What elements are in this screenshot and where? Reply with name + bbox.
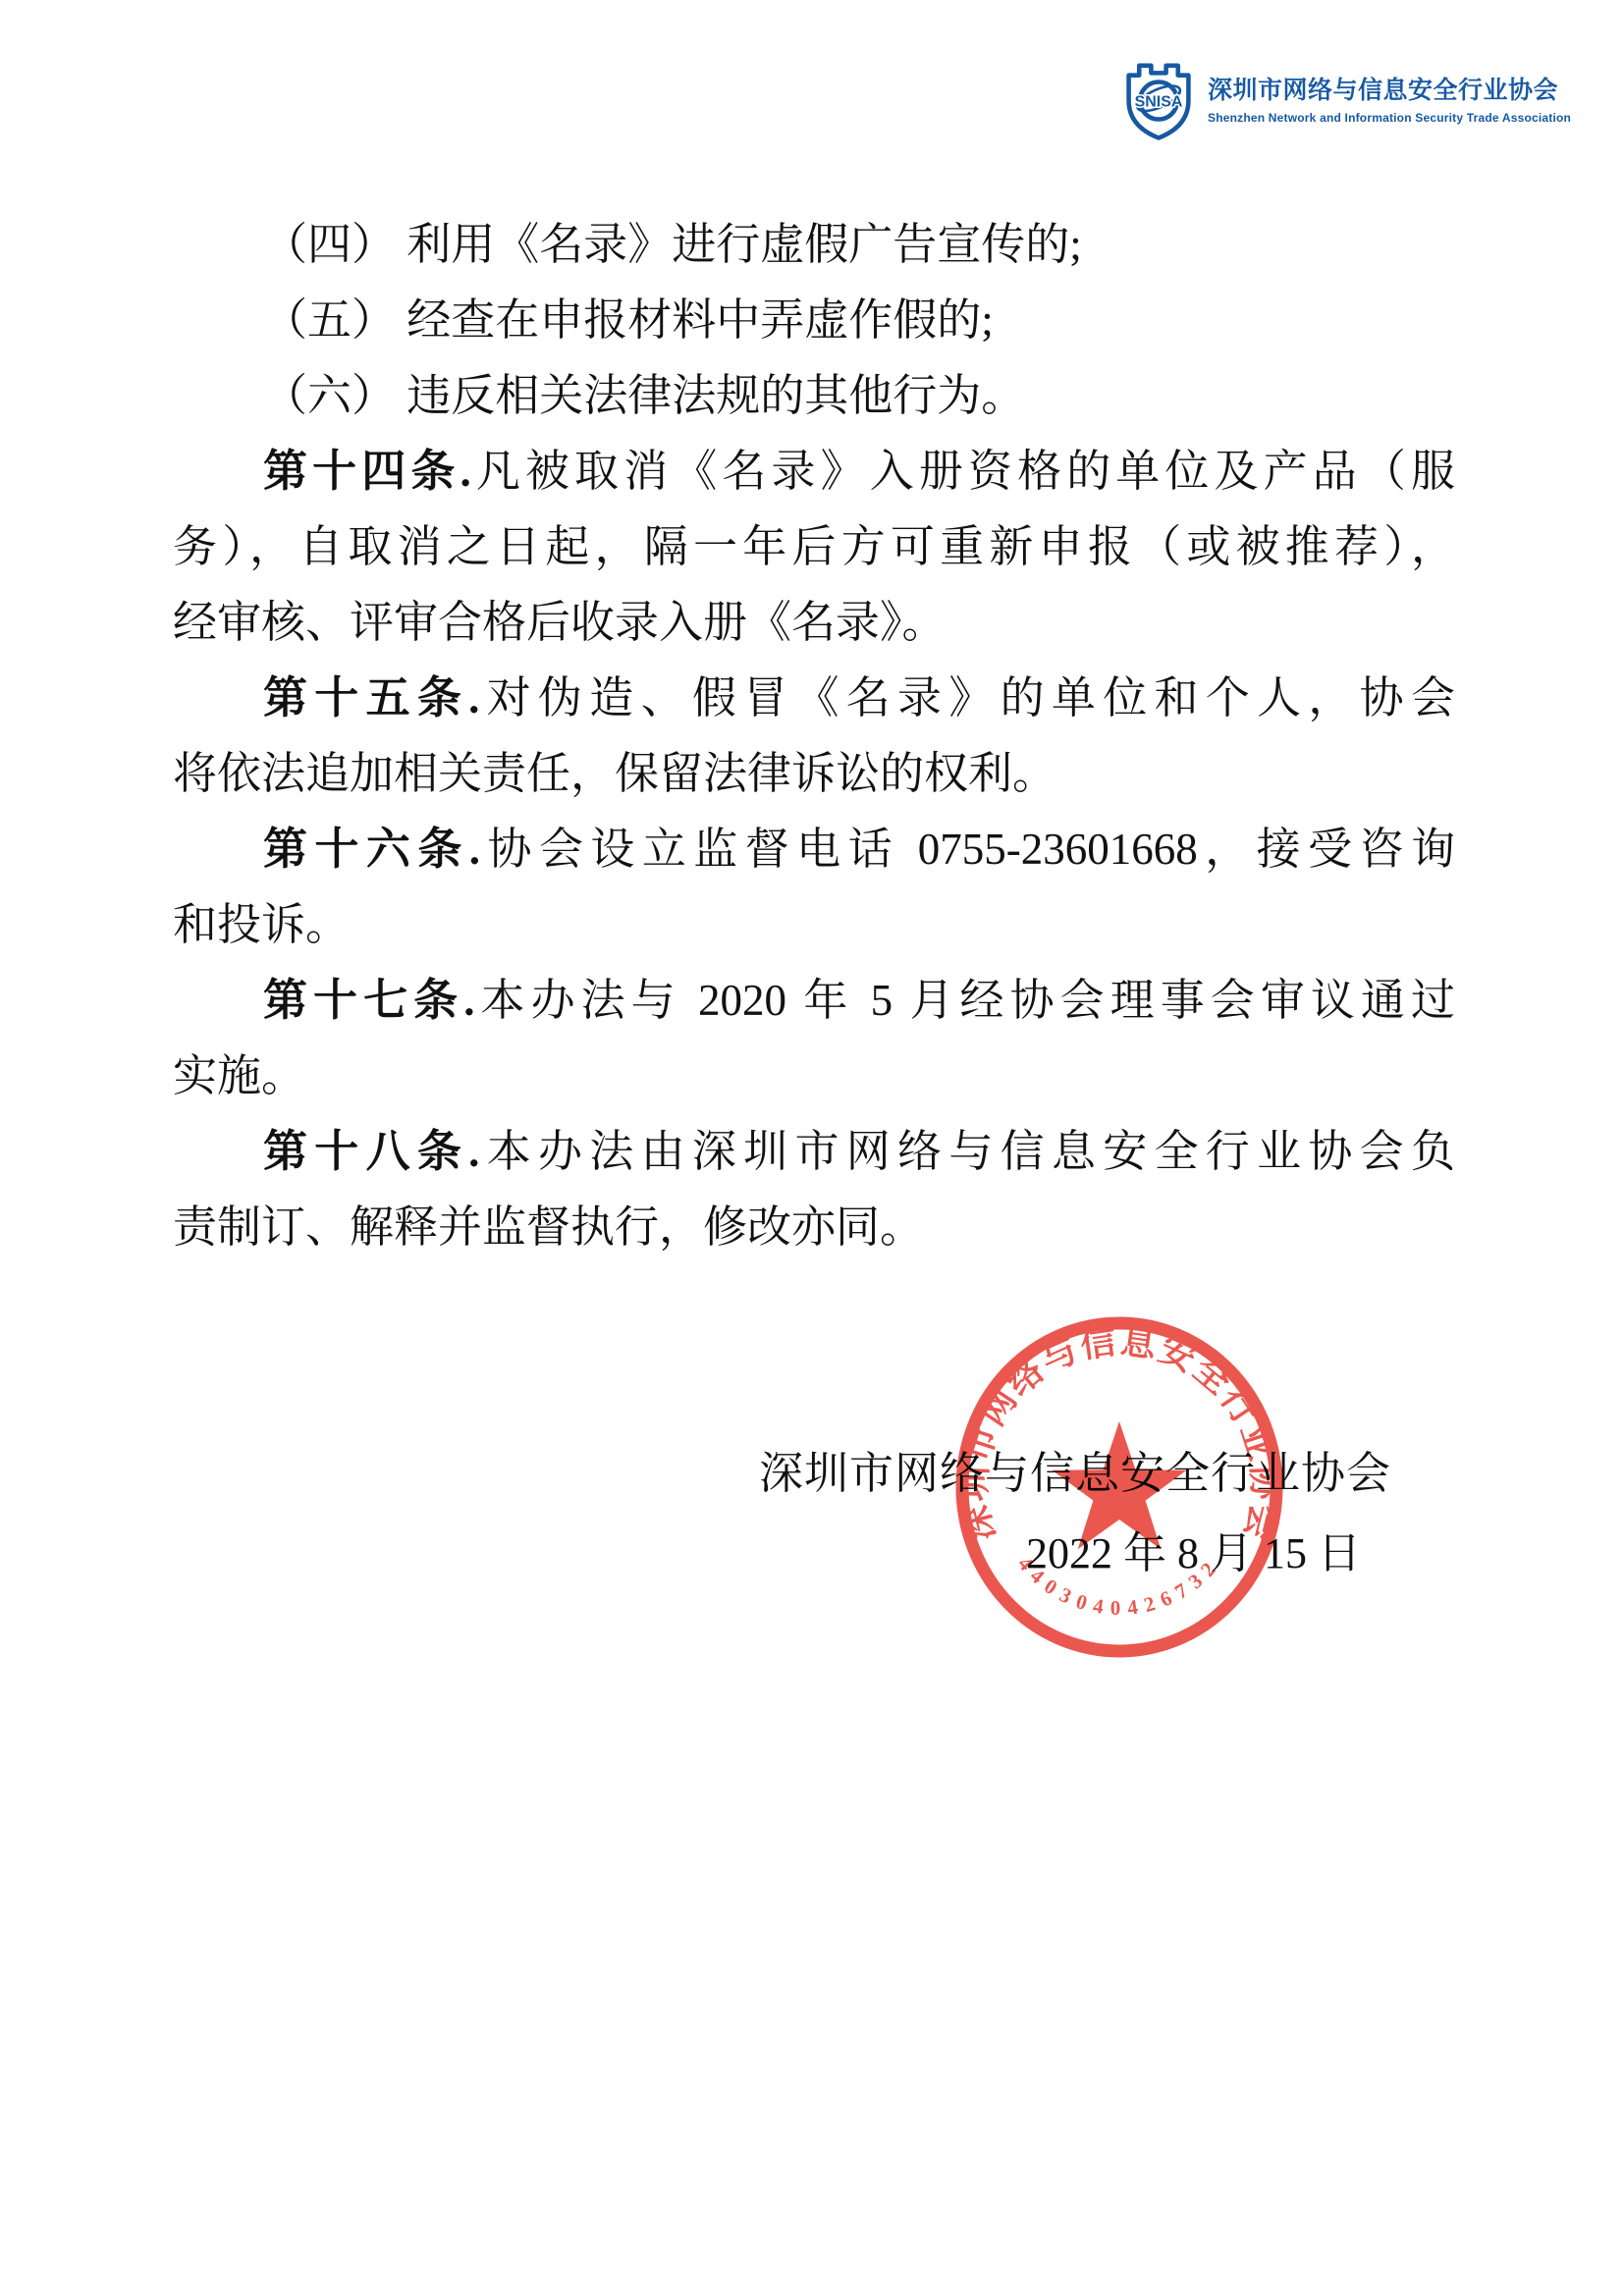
body-line: 第十六条.协会设立监督电话 0755-23601668，接受咨询 bbox=[173, 812, 1455, 887]
snisa-shield-icon: SNISA bbox=[1121, 57, 1196, 141]
body-line: （四） 利用《名录》进行虚假广告宣传的; bbox=[173, 207, 1455, 283]
line-text: 本办法由深圳市网络与信息安全行业协会负 bbox=[479, 1127, 1455, 1176]
line-text: 实施。 bbox=[173, 1051, 305, 1100]
body-line: 务），自取消之日起，隔一年后方可重新申报（或被推荐）， bbox=[173, 509, 1455, 585]
line-text: （六） 违反相关法律法规的其他行为。 bbox=[263, 371, 1025, 420]
article-number: 第十六条. bbox=[263, 825, 480, 874]
svg-text:深圳市网络与信息安全行业协会: 深圳市网络与信息安全行业协会 bbox=[953, 1321, 1284, 1546]
body-line: 第十八条.本办法由深圳市网络与信息安全行业协会负 bbox=[173, 1114, 1455, 1190]
body-line: 第十四条.凡被取消《名录》入册资格的单位及产品（服 bbox=[173, 434, 1455, 509]
article-number: 第十七条. bbox=[263, 976, 474, 1025]
body-line: 第十五条.对伪造、假冒《名录》的单位和个人，协会 bbox=[173, 661, 1455, 736]
body-line: 责制订、解释并监督执行，修改亦同。 bbox=[173, 1190, 1455, 1265]
body-line: 将依法追加相关责任，保留法律诉讼的权利。 bbox=[173, 736, 1455, 812]
article-number: 第十四条. bbox=[263, 447, 471, 496]
line-text: 和投诉。 bbox=[173, 900, 350, 949]
article-number: 第十五条. bbox=[263, 673, 479, 722]
line-text: （四） 利用《名录》进行虚假广告宣传的; bbox=[263, 220, 1082, 269]
signature-date: 2022 年 8 月 15 日 bbox=[1026, 1518, 1361, 1580]
body-line: （五） 经查在申报材料中弄虚作假的; bbox=[173, 283, 1455, 358]
line-text: （五） 经查在申报材料中弄虚作假的; bbox=[263, 295, 994, 345]
article-number: 第十八条. bbox=[263, 1127, 479, 1176]
line-text: 务），自取消之日起，隔一年后方可重新申报（或被推荐）， bbox=[173, 522, 1455, 571]
body-line: 和投诉。 bbox=[173, 887, 1455, 963]
body-line: 实施。 bbox=[173, 1039, 1455, 1114]
line-text: 凡被取消《名录》入册资格的单位及产品（服 bbox=[471, 447, 1455, 496]
document-page: SNISA 深圳市网络与信息安全行业协会 Shenzhen Network an… bbox=[0, 0, 1624, 2296]
body-line: 第十七条.本办法与 2020 年 5 月经协会理事会审议通过 bbox=[173, 963, 1455, 1039]
org-name-cn: 深圳市网络与信息安全行业协会 bbox=[1208, 74, 1571, 107]
line-text: 将依法追加相关责任，保留法律诉讼的权利。 bbox=[173, 749, 1056, 798]
seal-ring-text: 深圳市网络与信息安全行业协会 bbox=[953, 1321, 1284, 1546]
org-names: 深圳市网络与信息安全行业协会 Shenzhen Network and Info… bbox=[1208, 74, 1571, 126]
document-body: （四） 利用《名录》进行虚假广告宣传的; （五） 经查在申报材料中弄虚作假的; … bbox=[173, 207, 1455, 1265]
signature-org: 深圳市网络与信息安全行业协会 bbox=[759, 1437, 1391, 1501]
org-logo: SNISA 深圳市网络与信息安全行业协会 Shenzhen Network an… bbox=[1121, 57, 1571, 141]
line-text: 对伪造、假冒《名录》的单位和个人，协会 bbox=[479, 673, 1455, 722]
line-text: 责制订、解释并监督执行，修改亦同。 bbox=[173, 1202, 924, 1252]
line-text: 协会设立监督电话 0755-23601668，接受咨询 bbox=[480, 825, 1455, 874]
org-name-en: Shenzhen Network and Information Securit… bbox=[1208, 110, 1571, 126]
line-text: 经审核、评审合格后收录入册《名录》。 bbox=[173, 598, 947, 647]
body-line: （六） 违反相关法律法规的其他行为。 bbox=[173, 358, 1455, 434]
logo-acronym: SNISA bbox=[1135, 94, 1183, 111]
body-line: 经审核、评审合格后收录入册《名录》。 bbox=[173, 585, 1455, 661]
line-text: 本办法与 2020 年 5 月经协会理事会审议通过 bbox=[474, 976, 1455, 1025]
